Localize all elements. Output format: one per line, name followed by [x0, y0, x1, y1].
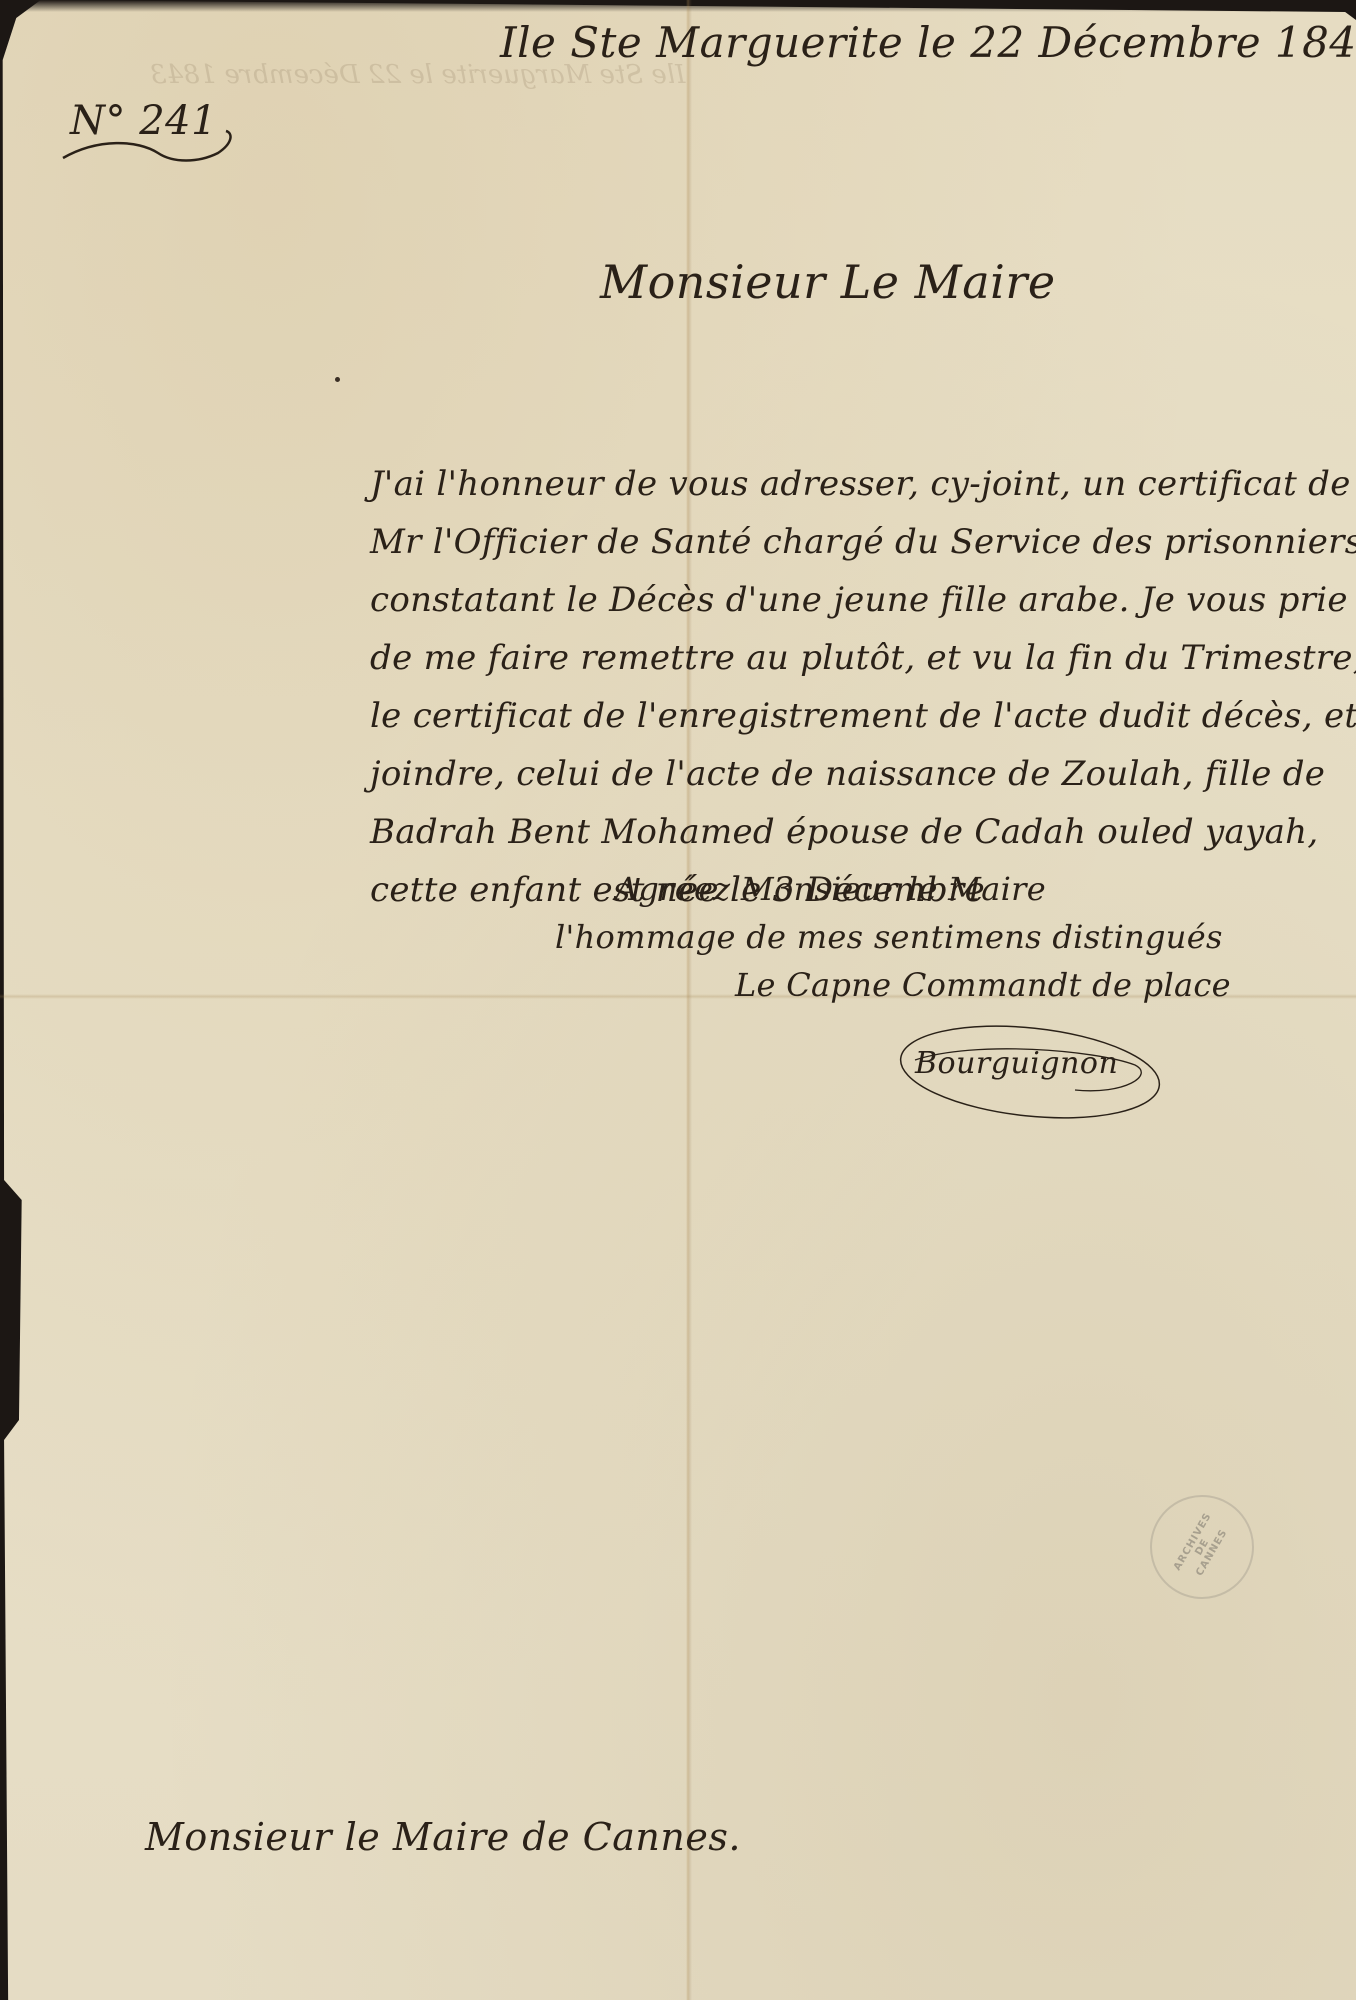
body-line: constatant le Décès d'une jeune fille ar… — [370, 571, 1320, 629]
recipient-address: Monsieur le Maire de Cannes. — [145, 1815, 741, 1859]
body-line: de me faire remettre au plutôt, et vu la… — [370, 629, 1320, 687]
body-line: J'ai l'honneur de vous adresser, cy-join… — [370, 455, 1320, 513]
body-line: le certificat de l'enregistrement de l'a… — [370, 687, 1320, 745]
flourish-underline-icon — [58, 128, 238, 168]
letter-body: J'ai l'honneur de vous adresser, cy-join… — [370, 455, 1320, 919]
closing-line: Agréez Monsieur le Maire — [615, 865, 1231, 913]
signature: Bourguignon — [915, 1046, 1118, 1081]
closing-line: l'hommage de mes sentimens distingués — [555, 913, 1231, 961]
closing-block: Agréez Monsieur le Maire l'hommage de me… — [555, 865, 1231, 1009]
body-line: Mr l'Officier de Santé chargé du Service… — [370, 513, 1320, 571]
dateline: Ile Ste Marguerite le 22 Décembre 1843 — [500, 18, 1356, 67]
page-edge-shadow — [0, 0, 1356, 12]
closing-line: Le Capne Commandt de place — [735, 961, 1231, 1009]
body-line: joindre, celui de l'acte de naissance de… — [370, 745, 1320, 803]
signature-block: Bourguignon — [895, 1020, 1165, 1120]
ink-spot — [335, 377, 340, 382]
salutation: Monsieur Le Maire — [600, 255, 1056, 309]
body-line: Badrah Bent Mohamed épouse de Cadah oule… — [370, 803, 1320, 861]
